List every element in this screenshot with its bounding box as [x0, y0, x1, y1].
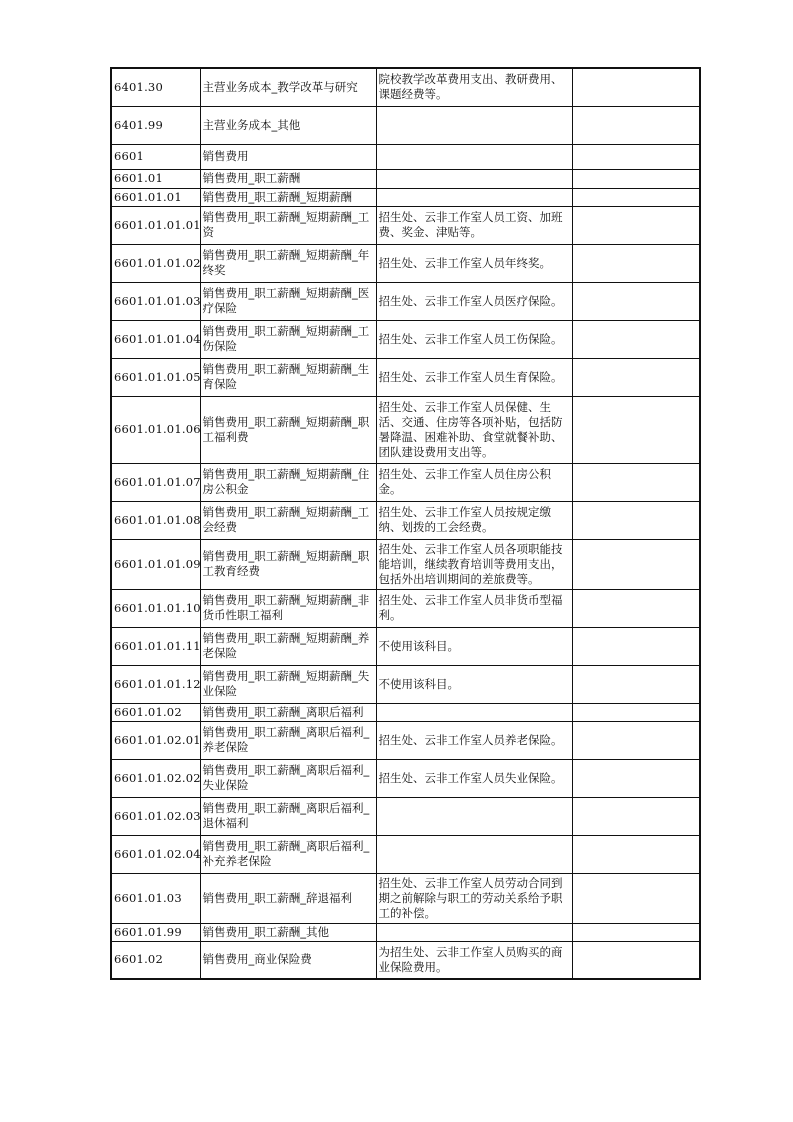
account-description-cell [376, 923, 572, 941]
account-description-cell: 招生处、云非工作室人员非货币型福利。 [376, 589, 572, 627]
account-description-cell [376, 703, 572, 721]
table-row: 6601.02 销售费用_商业保险费 为招生处、云非工作室人员购买的商业保险费用… [111, 941, 700, 979]
account-code-cell: 6601.01.02.02 [111, 759, 200, 797]
account-name-cell: 销售费用_职工薪酬_短期薪酬_工会经费 [200, 501, 376, 539]
table-row: 6601.01.02.04 销售费用_职工薪酬_离职后福利_补充养老保险 [111, 835, 700, 873]
account-description-cell: 为招生处、云非工作室人员购买的商业保险费用。 [376, 941, 572, 979]
table-row: 6601.01.01.09 销售费用_职工薪酬_短期薪酬_职工教育经费 招生处、… [111, 539, 700, 589]
account-name-cell: 销售费用_职工薪酬_短期薪酬 [200, 188, 376, 206]
account-description-cell [376, 188, 572, 206]
account-description-cell [376, 169, 572, 188]
account-description-cell: 招生处、云非工作室人员工伤保险。 [376, 320, 572, 358]
table-row: 6601.01.01.03 销售费用_职工薪酬_短期薪酬_医疗保险 招生处、云非… [111, 282, 700, 320]
table-row: 6601.01.01.12 销售费用_职工薪酬_短期薪酬_失业保险 不使用该科目… [111, 665, 700, 703]
account-description-cell [376, 797, 572, 835]
account-description-cell: 招生处、云非工作室人员住房公积金。 [376, 463, 572, 501]
account-code-cell: 6601.01.99 [111, 923, 200, 941]
account-description-cell: 招生处、云非工作室人员年终奖。 [376, 244, 572, 282]
account-note-cell [572, 665, 700, 703]
account-name-cell: 销售费用 [200, 144, 376, 169]
account-table-body: 6401.30 主营业务成本_教学改革与研究 院校教学改革费用支出、教研费用、课… [111, 68, 700, 979]
account-description-cell: 招生处、云非工作室人员生育保险。 [376, 358, 572, 396]
account-description-cell: 招生处、云非工作室人员劳动合同到期之前解除与职工的劳动关系给予职工的补偿。 [376, 873, 572, 923]
table-row: 6401.30 主营业务成本_教学改革与研究 院校教学改革费用支出、教研费用、课… [111, 68, 700, 106]
account-code-cell: 6601.01.01.03 [111, 282, 200, 320]
table-row: 6601.01.01.10 销售费用_职工薪酬_短期薪酬_非货币性职工福利 招生… [111, 589, 700, 627]
account-note-cell [572, 759, 700, 797]
account-description-cell: 院校教学改革费用支出、教研费用、课题经费等。 [376, 68, 572, 106]
account-code-cell: 6601.01.02.04 [111, 835, 200, 873]
account-note-cell [572, 797, 700, 835]
account-description-cell: 招生处、云非工作室人员失业保险。 [376, 759, 572, 797]
account-description-cell [376, 106, 572, 144]
account-code-cell: 6601.01.02.01 [111, 721, 200, 759]
account-name-cell: 销售费用_职工薪酬_短期薪酬_医疗保险 [200, 282, 376, 320]
account-note-cell [572, 188, 700, 206]
account-description-cell: 招生处、云非工作室人员各项职能技能培训，继续教育培训等费用支出，包括外出培训期间… [376, 539, 572, 589]
table-row: 6601.01.01.04 销售费用_职工薪酬_短期薪酬_工伤保险 招生处、云非… [111, 320, 700, 358]
account-note-cell [572, 244, 700, 282]
account-code-cell: 6601.01.01.04 [111, 320, 200, 358]
account-name-cell: 销售费用_职工薪酬_短期薪酬_失业保险 [200, 665, 376, 703]
account-code-cell: 6601.01.01.06 [111, 396, 200, 463]
account-name-cell: 销售费用_职工薪酬_短期薪酬_生育保险 [200, 358, 376, 396]
account-note-cell [572, 941, 700, 979]
account-description-cell: 招生处、云非工作室人员养老保险。 [376, 721, 572, 759]
table-row: 6601 销售费用 [111, 144, 700, 169]
account-code-cell: 6601.01.02 [111, 703, 200, 721]
account-description-cell: 不使用该科目。 [376, 627, 572, 665]
table-row: 6601.01.02.01 销售费用_职工薪酬_离职后福利_养老保险 招生处、云… [111, 721, 700, 759]
account-note-cell [572, 358, 700, 396]
account-code-cell: 6601.01.03 [111, 873, 200, 923]
account-description-cell: 招生处、云非工作室人员保健、生活、交通、住房等各项补贴，包括防暑降温、困难补助、… [376, 396, 572, 463]
table-row: 6601.01.01 销售费用_职工薪酬_短期薪酬 [111, 188, 700, 206]
document-page: 6401.30 主营业务成本_教学改革与研究 院校教学改革费用支出、教研费用、课… [0, 0, 793, 1122]
account-name-cell: 销售费用_职工薪酬_短期薪酬_住房公积金 [200, 463, 376, 501]
table-row: 6601.01.02.03 销售费用_职工薪酬_离职后福利_退休福利 [111, 797, 700, 835]
account-code-cell: 6401.30 [111, 68, 200, 106]
account-note-cell [572, 68, 700, 106]
account-code-cell: 6401.99 [111, 106, 200, 144]
account-note-cell [572, 627, 700, 665]
account-description-cell: 招生处、云非工作室人员医疗保险。 [376, 282, 572, 320]
account-note-cell [572, 282, 700, 320]
table-row: 6601.01.01.05 销售费用_职工薪酬_短期薪酬_生育保险 招生处、云非… [111, 358, 700, 396]
account-code-cell: 6601.01.01 [111, 188, 200, 206]
account-name-cell: 销售费用_职工薪酬_短期薪酬_非货币性职工福利 [200, 589, 376, 627]
account-note-cell [572, 206, 700, 244]
account-name-cell: 销售费用_职工薪酬_离职后福利_退休福利 [200, 797, 376, 835]
account-name-cell: 主营业务成本_其他 [200, 106, 376, 144]
account-name-cell: 销售费用_职工薪酬_其他 [200, 923, 376, 941]
account-name-cell: 销售费用_职工薪酬 [200, 169, 376, 188]
account-name-cell: 销售费用_职工薪酬_短期薪酬_工伤保险 [200, 320, 376, 358]
account-note-cell [572, 106, 700, 144]
account-description-cell [376, 144, 572, 169]
table-row: 6601.01.01.11 销售费用_职工薪酬_短期薪酬_养老保险 不使用该科目… [111, 627, 700, 665]
account-code-cell: 6601.01.01.02 [111, 244, 200, 282]
account-description-cell: 招生处、云非工作室人员工资、加班费、奖金、津贴等。 [376, 206, 572, 244]
account-name-cell: 销售费用_职工薪酬_短期薪酬_职工福利费 [200, 396, 376, 463]
account-description-cell: 不使用该科目。 [376, 665, 572, 703]
account-code-cell: 6601.01.01.01 [111, 206, 200, 244]
account-note-cell [572, 501, 700, 539]
account-code-cell: 6601.01.01.07 [111, 463, 200, 501]
account-name-cell: 销售费用_商业保险费 [200, 941, 376, 979]
account-code-cell: 6601.01.02.03 [111, 797, 200, 835]
account-note-cell [572, 835, 700, 873]
account-description-cell [376, 835, 572, 873]
table-row: 6601.01.02 销售费用_职工薪酬_离职后福利 [111, 703, 700, 721]
account-note-cell [572, 320, 700, 358]
table-row: 6601.01.01.08 销售费用_职工薪酬_短期薪酬_工会经费 招生处、云非… [111, 501, 700, 539]
table-row: 6601.01.99 销售费用_职工薪酬_其他 [111, 923, 700, 941]
table-row: 6601.01.02.02 销售费用_职工薪酬_离职后福利_失业保险 招生处、云… [111, 759, 700, 797]
account-code-cell: 6601.01.01.10 [111, 589, 200, 627]
account-code-cell: 6601.01.01.08 [111, 501, 200, 539]
table-row: 6601.01 销售费用_职工薪酬 [111, 169, 700, 188]
account-description-cell: 招生处、云非工作室人员按规定缴纳、划拨的工会经费。 [376, 501, 572, 539]
table-row: 6601.01.03 销售费用_职工薪酬_辞退福利 招生处、云非工作室人员劳动合… [111, 873, 700, 923]
account-note-cell [572, 589, 700, 627]
account-name-cell: 销售费用_职工薪酬_辞退福利 [200, 873, 376, 923]
account-note-cell [572, 144, 700, 169]
account-note-cell [572, 169, 700, 188]
account-name-cell: 销售费用_职工薪酬_短期薪酬_养老保险 [200, 627, 376, 665]
account-note-cell [572, 539, 700, 589]
table-row: 6601.01.01.02 销售费用_职工薪酬_短期薪酬_年终奖 招生处、云非工… [111, 244, 700, 282]
account-code-cell: 6601.01.01.05 [111, 358, 200, 396]
account-code-cell: 6601.02 [111, 941, 200, 979]
account-name-cell: 销售费用_职工薪酬_离职后福利_失业保险 [200, 759, 376, 797]
table-row: 6601.01.01.06 销售费用_职工薪酬_短期薪酬_职工福利费 招生处、云… [111, 396, 700, 463]
account-code-cell: 6601.01 [111, 169, 200, 188]
account-note-cell [572, 873, 700, 923]
account-code-cell: 6601 [111, 144, 200, 169]
account-note-cell [572, 703, 700, 721]
account-name-cell: 销售费用_职工薪酬_离职后福利 [200, 703, 376, 721]
account-code-cell: 6601.01.01.12 [111, 665, 200, 703]
account-name-cell: 销售费用_职工薪酬_离职后福利_养老保险 [200, 721, 376, 759]
account-name-cell: 销售费用_职工薪酬_短期薪酬_年终奖 [200, 244, 376, 282]
account-note-cell [572, 923, 700, 941]
account-table: 6401.30 主营业务成本_教学改革与研究 院校教学改革费用支出、教研费用、课… [110, 67, 701, 980]
account-name-cell: 主营业务成本_教学改革与研究 [200, 68, 376, 106]
account-name-cell: 销售费用_职工薪酬_短期薪酬_工资 [200, 206, 376, 244]
account-name-cell: 销售费用_职工薪酬_短期薪酬_职工教育经费 [200, 539, 376, 589]
account-note-cell [572, 396, 700, 463]
account-note-cell [572, 463, 700, 501]
account-name-cell: 销售费用_职工薪酬_离职后福利_补充养老保险 [200, 835, 376, 873]
table-row: 6601.01.01.01 销售费用_职工薪酬_短期薪酬_工资 招生处、云非工作… [111, 206, 700, 244]
account-code-cell: 6601.01.01.11 [111, 627, 200, 665]
account-code-cell: 6601.01.01.09 [111, 539, 200, 589]
table-row: 6401.99 主营业务成本_其他 [111, 106, 700, 144]
table-row: 6601.01.01.07 销售费用_职工薪酬_短期薪酬_住房公积金 招生处、云… [111, 463, 700, 501]
account-note-cell [572, 721, 700, 759]
